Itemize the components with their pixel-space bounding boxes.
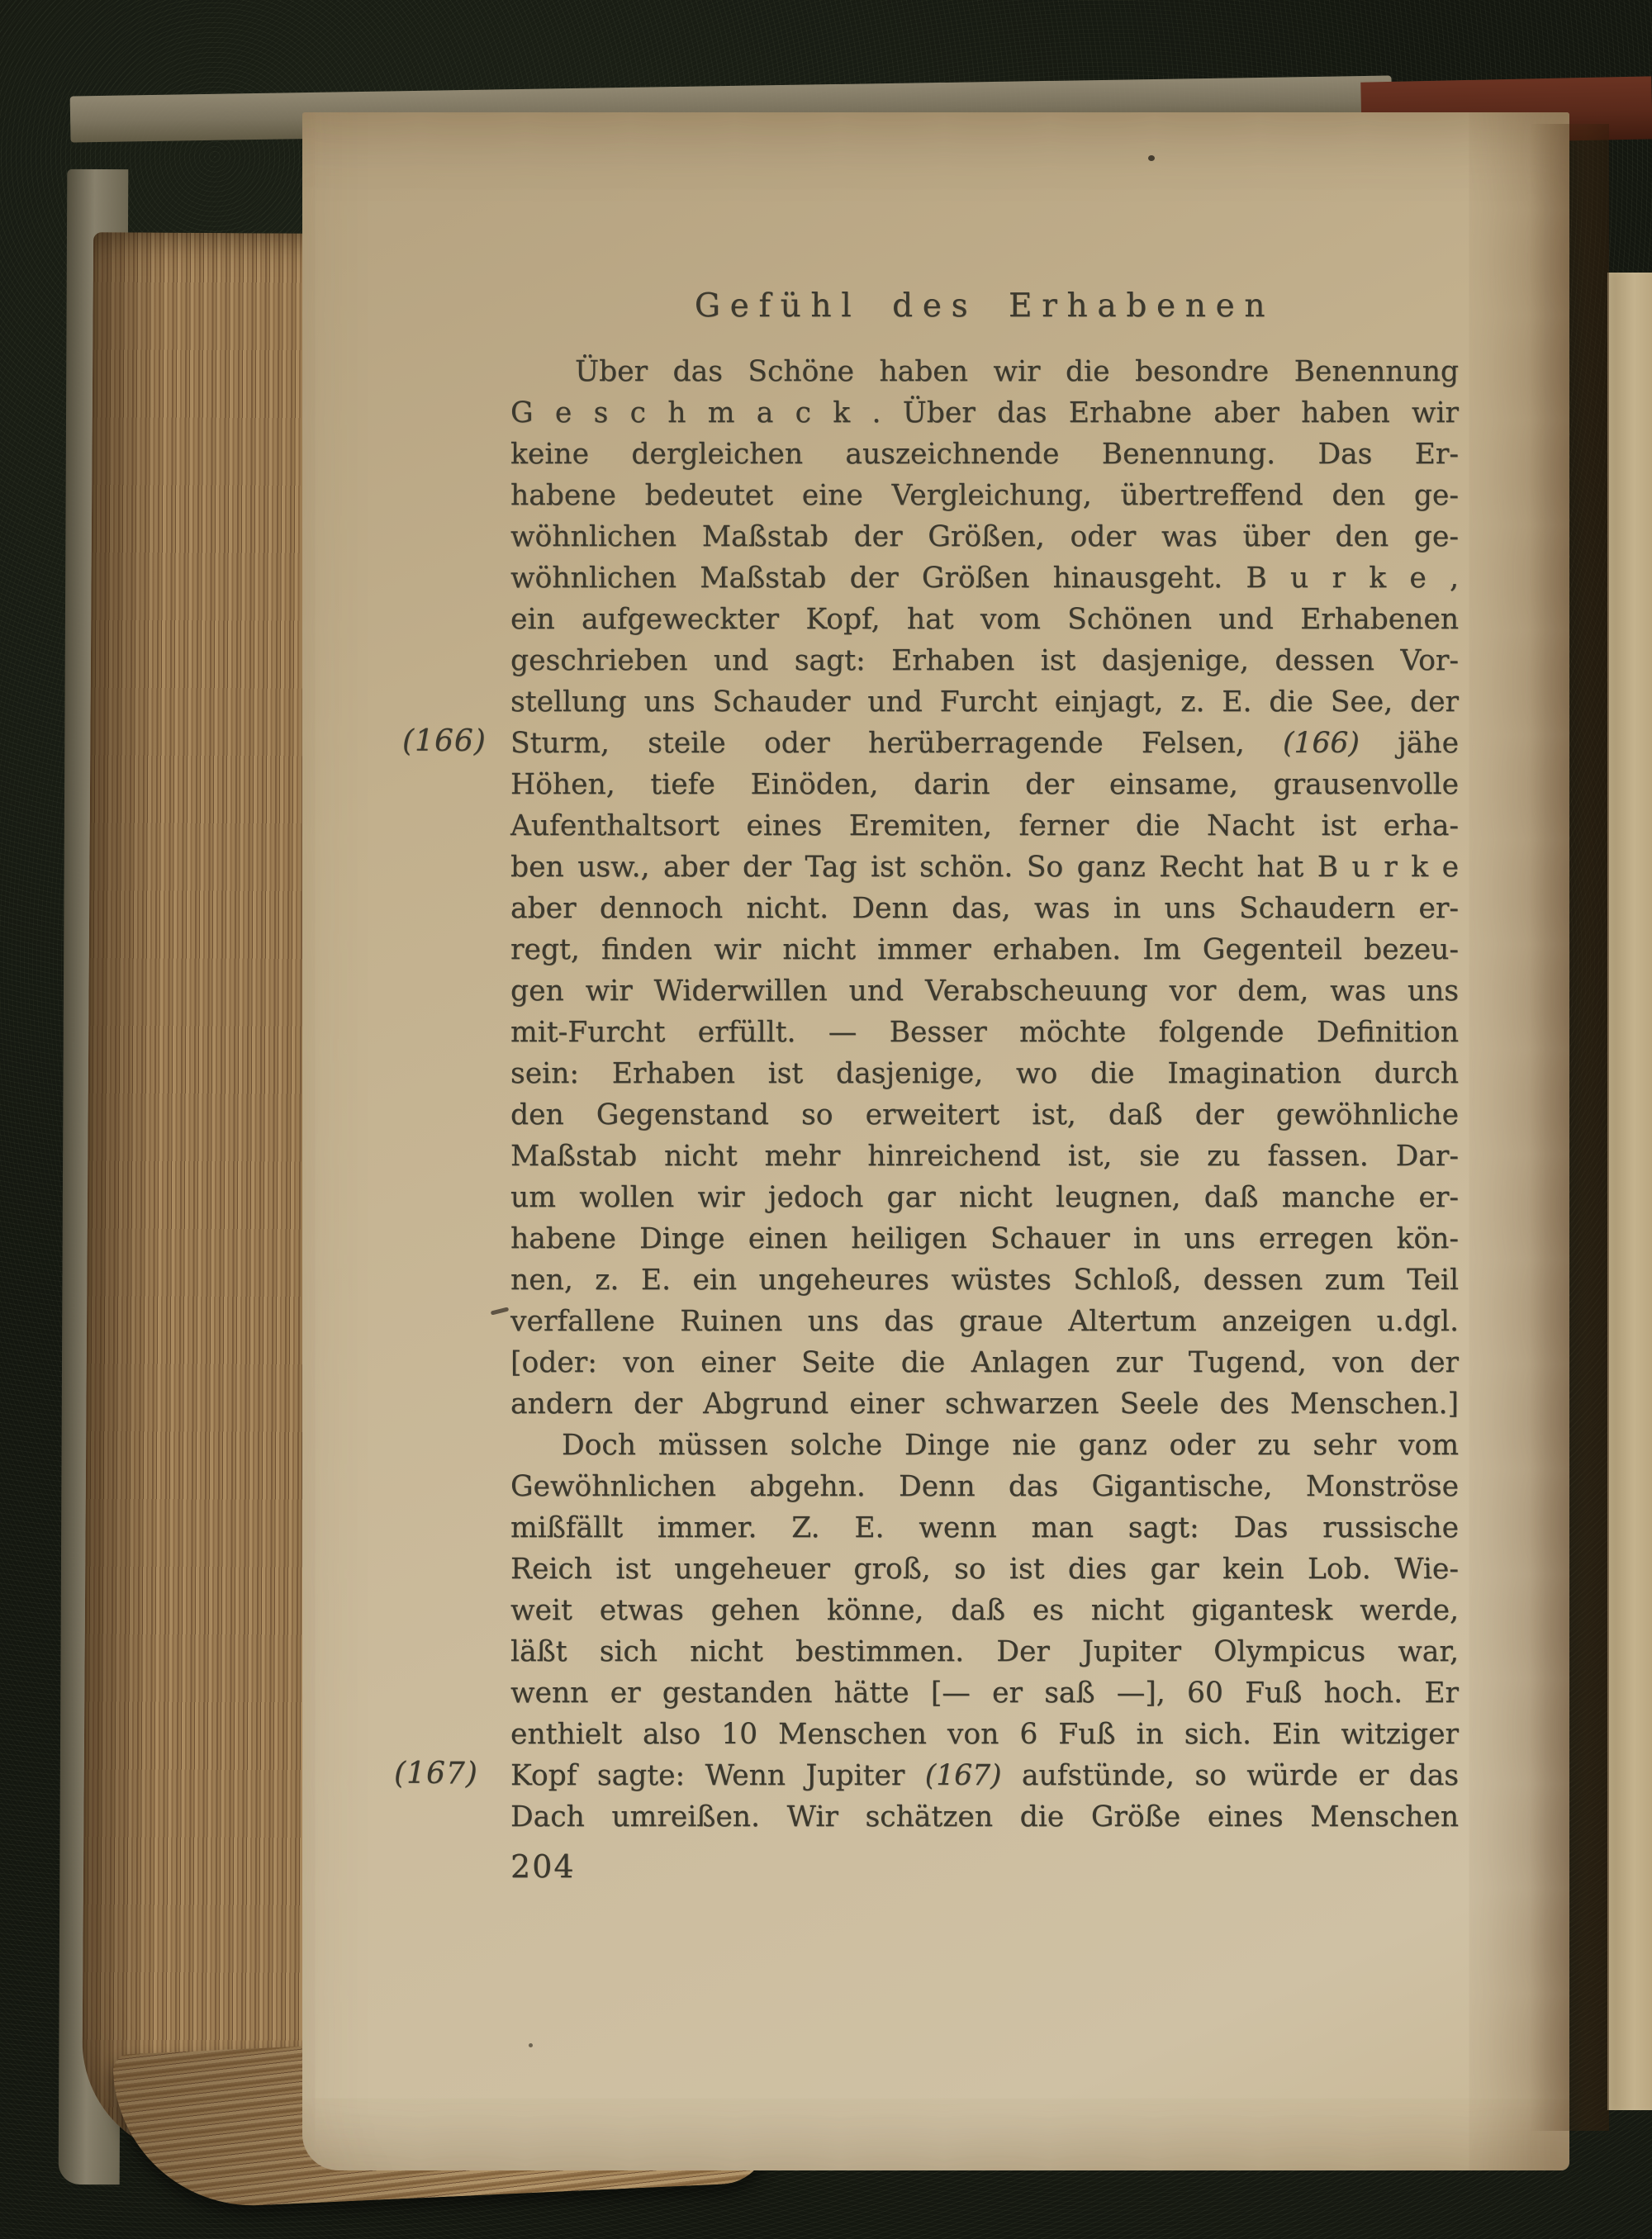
body-line: Doch müssen solche Dinge nie ganz oder z… bbox=[510, 1425, 1459, 1466]
body-line: keine dergleichen auszeichnende Benennun… bbox=[510, 434, 1459, 475]
book-scan-photo: Gefühl des Erhabenen Über das Schöne hab… bbox=[0, 0, 1652, 2239]
body-line: weit etwas gehen könne, daß es nicht gig… bbox=[510, 1590, 1459, 1631]
body-line: um wollen wir jedoch gar nicht leugnen, … bbox=[510, 1177, 1459, 1218]
body-line: Aufenthaltsort eines Eremiten, ferner di… bbox=[510, 805, 1459, 847]
body-line: regt, finden wir nicht immer erhaben. Im… bbox=[510, 929, 1459, 970]
body-line: stellung uns Schauder und Furcht einjagt… bbox=[510, 681, 1459, 723]
body-line-text: jähe bbox=[1360, 727, 1459, 760]
body-line: Über das Schöne haben wir die besondre B… bbox=[510, 351, 1459, 392]
body-line: G e s c h m a c k . Über das Erhabne abe… bbox=[510, 392, 1459, 434]
body-line: Maßstab nicht mehr hinreichend ist, sie … bbox=[510, 1136, 1459, 1177]
body-line: Kopf sagte: Wenn Jupiter (167) aufstünde… bbox=[510, 1755, 1459, 1796]
body-line: mißfällt immer. Z. E. wenn man sagt: Das… bbox=[510, 1507, 1459, 1549]
page-edge-stack-left bbox=[82, 232, 330, 2158]
body-line: läßt sich nicht bestimmen. Der Jupiter O… bbox=[510, 1631, 1459, 1672]
body-line: habene bedeutet eine Vergleichung, übert… bbox=[510, 475, 1459, 516]
body-line: andern der Abgrund einer schwarzen Seele… bbox=[510, 1383, 1459, 1425]
body-line: [oder: von einer Seite die Anlagen zur T… bbox=[510, 1342, 1459, 1383]
body-line: nen, z. E. ein ungeheures wüstes Schloß,… bbox=[510, 1259, 1459, 1301]
body-line: wenn er gestanden hätte [— er saß —], 60… bbox=[510, 1672, 1459, 1714]
body-line: wöhnlichen Maßstab der Größen hinausgeht… bbox=[510, 557, 1459, 599]
page-number: 204 bbox=[510, 1848, 576, 1885]
body-line-text: Kopf sagte: Wenn Jupiter bbox=[510, 1759, 925, 1792]
body-text: Über das Schöne haben wir die besondre B… bbox=[510, 351, 1459, 1838]
margin-note-167: (167) bbox=[394, 1757, 478, 1791]
body-line: enthielt also 10 Menschen von 6 Fuß in s… bbox=[510, 1714, 1459, 1755]
body-line-text: aufstünde, so würde er das bbox=[1002, 1759, 1459, 1792]
body-line-text: Sturm, steile oder herüberragende Felsen… bbox=[510, 727, 1283, 760]
body-line: ein aufgeweckter Kopf, hat vom Schönen u… bbox=[510, 599, 1459, 640]
body-line: ben usw., aber der Tag ist schön. So gan… bbox=[510, 847, 1459, 888]
body-line: aber dennoch nicht. Denn das, was in uns… bbox=[510, 888, 1459, 929]
body-line: Reich ist ungeheuer groß, so ist dies ga… bbox=[510, 1549, 1459, 1590]
body-line: Gewöhnlichen abgehn. Denn das Gigantisch… bbox=[510, 1466, 1459, 1507]
paragraph-ref-inline: (166) bbox=[1283, 727, 1360, 760]
body-line: verfallene Ruinen uns das graue Altertum… bbox=[510, 1301, 1459, 1342]
paragraph-ref-inline: (167) bbox=[925, 1759, 1002, 1792]
body-line: mit-Furcht erfüllt. — Besser möchte folg… bbox=[510, 1012, 1459, 1053]
margin-note-166: (166) bbox=[402, 724, 487, 758]
section-heading: Gefühl des Erhabenen bbox=[510, 287, 1459, 330]
body-line: habene Dinge einen heiligen Schauer in u… bbox=[510, 1218, 1459, 1259]
body-line: den Gegenstand so erweitert ist, daß der… bbox=[510, 1094, 1459, 1136]
body-line: sein: Erhaben ist dasjenige, wo die Imag… bbox=[510, 1053, 1459, 1094]
next-page-sliver bbox=[1607, 273, 1652, 2110]
body-line: geschrieben und sagt: Erhaben ist dasjen… bbox=[510, 640, 1459, 681]
body-line: gen wir Widerwillen und Verabscheuung vo… bbox=[510, 970, 1459, 1012]
paper-speck bbox=[1148, 155, 1155, 161]
paper-speck bbox=[529, 2043, 533, 2047]
body-line: wöhnlichen Maßstab der Größen, oder was … bbox=[510, 516, 1459, 557]
body-line: Höhen, tiefe Einöden, darin der einsame,… bbox=[510, 764, 1459, 805]
body-line: Sturm, steile oder herüberragende Felsen… bbox=[510, 723, 1459, 764]
body-line: Dach umreißen. Wir schätzen die Größe ei… bbox=[510, 1796, 1459, 1838]
